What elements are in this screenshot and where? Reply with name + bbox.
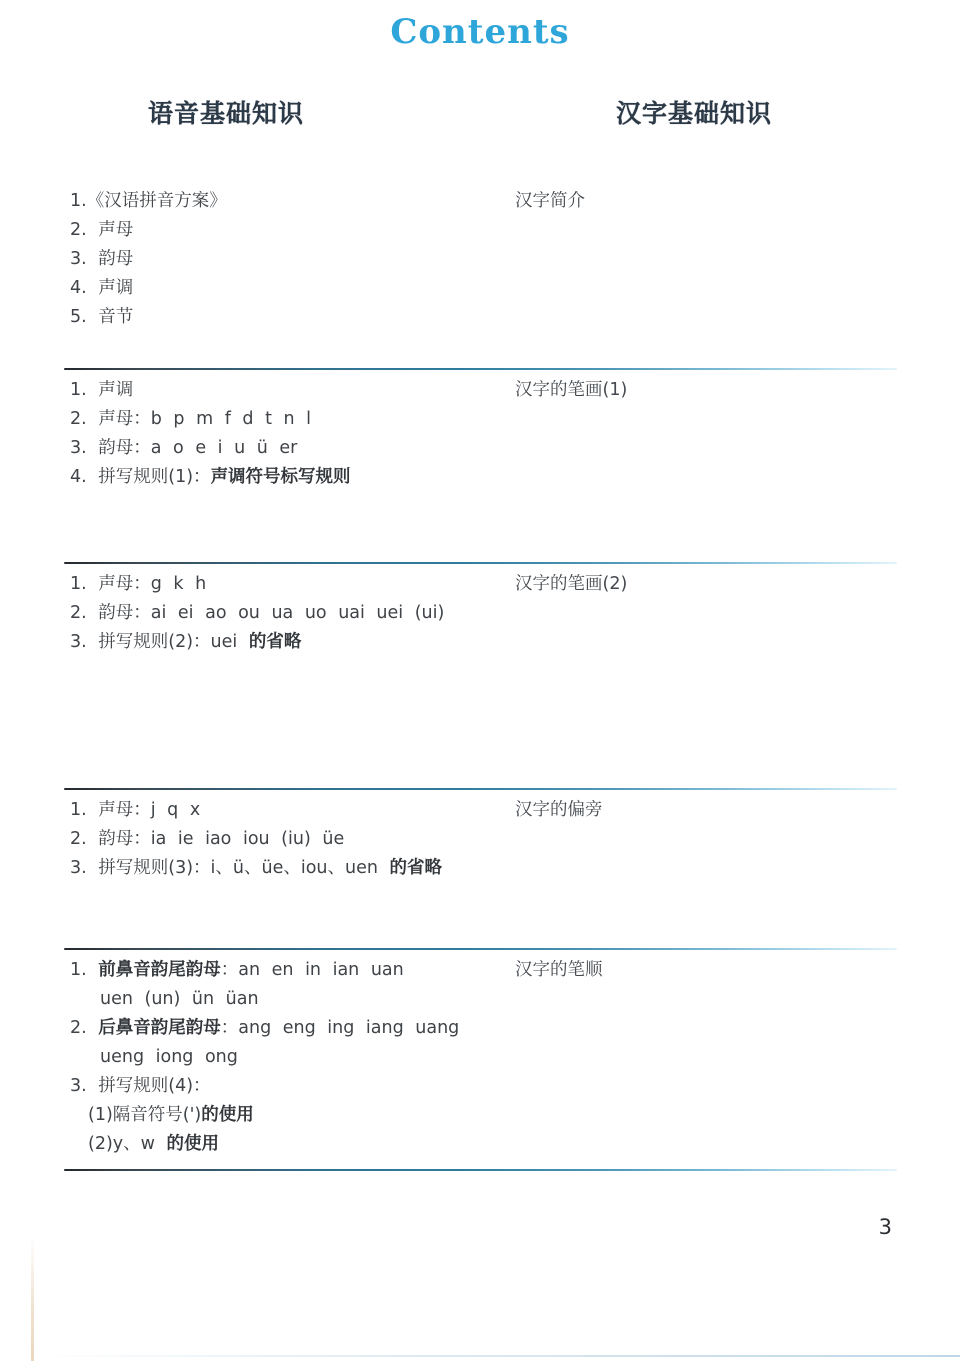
toc-line: 5. 音节 (70, 303, 515, 332)
toc-line: 3. 拼写规则(3)：i、ü、üe、iou、uen 的省略 (70, 854, 515, 883)
column-headers: 语音基础知识 汉字基础知识 (0, 98, 960, 131)
contents-page: Contents 语音基础知识 汉字基础知识 1.《汉语拼音方案》2. 声母3.… (0, 0, 960, 1361)
toc-line-emphasis: 前鼻音韵尾韵母 (98, 960, 221, 980)
toc-line: uen (un) ün üan (70, 985, 515, 1014)
toc-line: 1. 声调 (70, 376, 515, 405)
toc-line-text: 1. 声母：j q x (70, 800, 200, 820)
toc-section: 1. 声调2. 声母：b p m f d t n l3. 韵母：a o e i … (64, 370, 897, 564)
toc-line-text: 2. 韵母：ia ie iao iou (iu) üe (70, 829, 344, 849)
toc-line: 2. 声母 (70, 216, 515, 245)
hanzi-topic-column: 汉字的笔顺 (515, 956, 897, 1169)
toc-line-text: 3. 韵母：a o e i u ü er (70, 438, 297, 458)
toc-line-emphasis: 后鼻音韵尾韵母 (98, 1018, 221, 1038)
toc-line-emphasis: 的省略 (390, 858, 443, 878)
hanzi-column-header: 汉字基础知识 (616, 98, 772, 131)
toc-line-text: 2. 声母：b p m f d t n l (70, 409, 311, 429)
toc-line: (2)y、w 的使用 (70, 1130, 515, 1159)
hanzi-topic-title: 汉字的偏旁 (515, 796, 897, 825)
toc-line-text: 2. (70, 1018, 98, 1038)
toc-line-emphasis: 的使用 (167, 1134, 220, 1154)
toc-line-emphasis: 的使用 (201, 1105, 254, 1125)
toc-line-text: (2)y、w (88, 1134, 167, 1154)
toc-line-text: 1. (70, 960, 98, 980)
pinyin-topics-list: 1. 声母：g k h2. 韵母：ai ei ao ou ua uo uai u… (64, 570, 515, 788)
hanzi-topic-title: 汉字的笔画(1) (515, 376, 897, 405)
page-title: Contents (0, 0, 960, 52)
toc-line: 2. 声母：b p m f d t n l (70, 405, 515, 434)
toc-line-text: 2. 声母 (70, 220, 133, 240)
toc-line: 2. 后鼻音韵尾韵母：ang eng ing iang uang (70, 1014, 515, 1043)
toc-line: 1. 前鼻音韵尾韵母：an en in ian uan (70, 956, 515, 985)
toc-line-text: 3. 拼写规则(2)：uei (70, 632, 249, 652)
toc-line-text: (1)隔音符号(') (88, 1105, 201, 1125)
toc-section: 1. 声母：j q x2. 韵母：ia ie iao iou (iu) üe3.… (64, 790, 897, 950)
toc-line-text: 2. 韵母：ai ei ao ou ua uo uai uei (ui) (70, 603, 444, 623)
toc-line: 4. 声调 (70, 274, 515, 303)
toc-line-text: 3. 拼写规则(4)： (70, 1076, 211, 1096)
toc-line: 2. 韵母：ia ie iao iou (iu) üe (70, 825, 515, 854)
pinyin-topics-list: 1. 声调2. 声母：b p m f d t n l3. 韵母：a o e i … (64, 376, 515, 562)
hanzi-topic-column: 汉字简介 (515, 187, 897, 368)
toc-line: 1. 声母：j q x (70, 796, 515, 825)
toc-line: 3. 拼写规则(2)：uei 的省略 (70, 628, 515, 657)
toc-line-text: 1. 声调 (70, 380, 133, 400)
toc-line-text: 4. 拼写规则(1)： (70, 467, 211, 487)
toc-line: 3. 韵母：a o e i u ü er (70, 434, 515, 463)
toc-line-emphasis: 声调符号标写规则 (211, 467, 351, 487)
toc-line-text: 5. 音节 (70, 307, 133, 327)
hanzi-topic-title: 汉字简介 (515, 187, 897, 216)
section-divider (64, 1169, 897, 1171)
toc-line-text: 4. 声调 (70, 278, 133, 298)
toc-line: 1.《汉语拼音方案》 (70, 187, 515, 216)
toc-sections: 1.《汉语拼音方案》2. 声母3. 韵母4. 声调5. 音节汉字简介1. 声调2… (64, 181, 897, 1171)
hanzi-topic-column: 汉字的笔画(1) (515, 376, 897, 562)
toc-line: 1. 声母：g k h (70, 570, 515, 599)
toc-line: (1)隔音符号(')的使用 (70, 1101, 515, 1130)
toc-line: 4. 拼写规则(1)：声调符号标写规则 (70, 463, 515, 492)
toc-line-text: ：ang eng ing iang uang (221, 1018, 460, 1038)
toc-line-text: 1.《汉语拼音方案》 (70, 191, 227, 211)
scan-artifact-left-edge (31, 1236, 34, 1361)
toc-line: ueng iong ong (70, 1043, 515, 1072)
hanzi-topic-column: 汉字的笔画(2) (515, 570, 897, 788)
toc-line-text: uen (un) ün üan (100, 989, 259, 1009)
hanzi-topic-title: 汉字的笔画(2) (515, 570, 897, 599)
toc-line: 3. 拼写规则(4)： (70, 1072, 515, 1101)
toc-section: 1.《汉语拼音方案》2. 声母3. 韵母4. 声调5. 音节汉字简介 (64, 181, 897, 370)
toc-line-text: ueng iong ong (100, 1047, 238, 1067)
pinyin-topics-list: 1. 声母：j q x2. 韵母：ia ie iao iou (iu) üe3.… (64, 796, 515, 948)
toc-line-text: 3. 韵母 (70, 249, 133, 269)
pinyin-topics-list: 1.《汉语拼音方案》2. 声母3. 韵母4. 声调5. 音节 (64, 187, 515, 368)
page-number: 3 (879, 1215, 892, 1239)
hanzi-topic-title: 汉字的笔顺 (515, 956, 897, 985)
pinyin-topics-list: 1. 前鼻音韵尾韵母：an en in ian uanuen (un) ün ü… (64, 956, 515, 1169)
toc-line: 3. 韵母 (70, 245, 515, 274)
toc-line-text: 3. 拼写规则(3)：i、ü、üe、iou、uen (70, 858, 390, 878)
toc-line-emphasis: 的省略 (249, 632, 302, 652)
toc-section: 1. 声母：g k h2. 韵母：ai ei ao ou ua uo uai u… (64, 564, 897, 790)
toc-line-text: 1. 声母：g k h (70, 574, 206, 594)
toc-line-text: ：an en in ian uan (221, 960, 404, 980)
pinyin-column-header: 语音基础知识 (148, 98, 304, 131)
toc-line: 2. 韵母：ai ei ao ou ua uo uai uei (ui) (70, 599, 515, 628)
scan-artifact-bottom-edge (30, 1355, 960, 1357)
hanzi-topic-column: 汉字的偏旁 (515, 796, 897, 948)
toc-section: 1. 前鼻音韵尾韵母：an en in ian uanuen (un) ün ü… (64, 950, 897, 1171)
